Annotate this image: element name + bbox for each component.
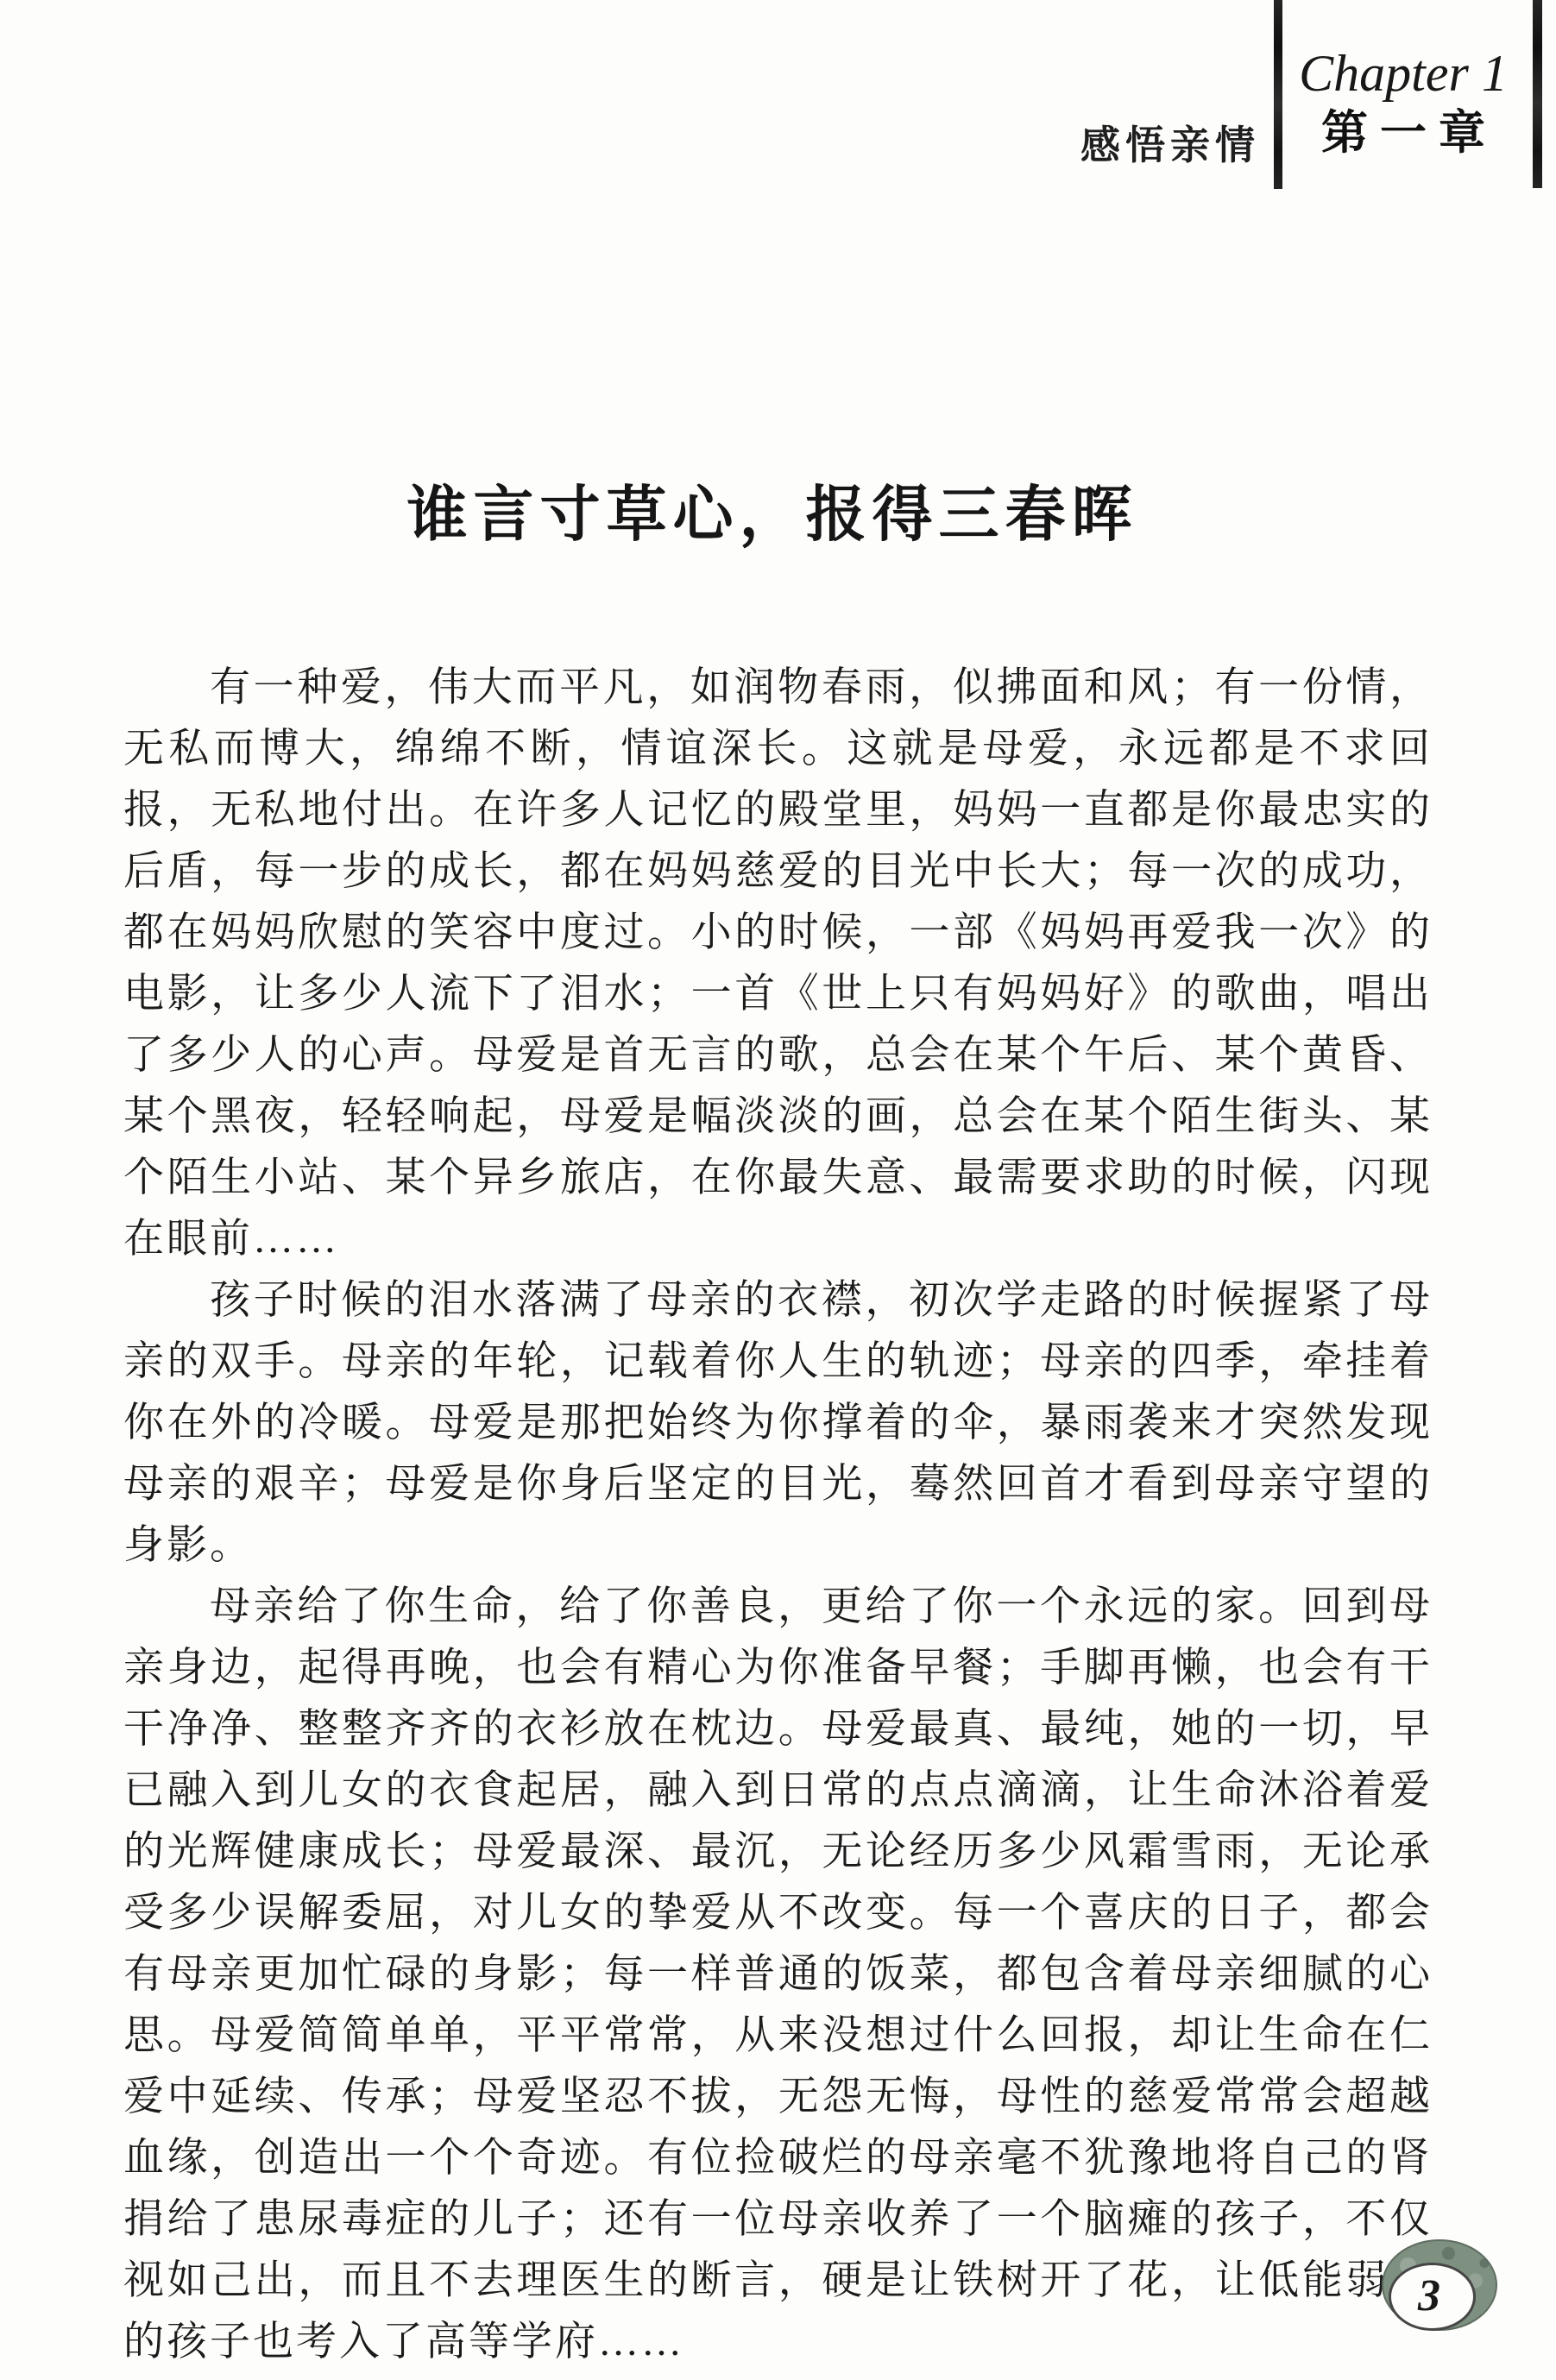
book-page: 感悟亲情 Chapter 1 第一章 谁言寸草心，报得三春晖 有一种爱，伟大而平… xyxy=(0,0,1556,2380)
chapter-label-en: Chapter 1 xyxy=(1286,45,1521,102)
series-title: 感悟亲情 xyxy=(1080,114,1260,171)
article-title: 谁言寸草心，报得三春晖 xyxy=(0,466,1545,553)
chapter-label-cn: 第一章 xyxy=(1286,109,1533,157)
page-number-inner-oval: 3 xyxy=(1389,2263,1476,2331)
paragraph: 孩子时候的泪水落满了母亲的衣襟，初次学走路的时候握紧了母亲的双手。母亲的年轮，记… xyxy=(123,1270,1433,1577)
page-number: 3 xyxy=(1391,2270,1467,2321)
paragraph: 有一种爱，伟大而平凡，如润物春雨，似拂面和风；有一份情，无私而博大，绵绵不断，情… xyxy=(123,658,1433,1270)
page-edge-bar xyxy=(1533,0,1542,188)
article-body: 有一种爱，伟大而平凡，如润物春雨，似拂面和风；有一份情，无私而博大，绵绵不断，情… xyxy=(123,658,1433,2373)
header-divider-bar xyxy=(1274,0,1282,189)
chapter-block: Chapter 1 第一章 xyxy=(1286,45,1521,157)
page-number-badge: 3 xyxy=(1382,2239,1497,2331)
paragraph: 母亲给了你生命，给了你善良，更给了你一个永远的家。回到母亲身边，起得再晚，也会有… xyxy=(123,1577,1433,2373)
